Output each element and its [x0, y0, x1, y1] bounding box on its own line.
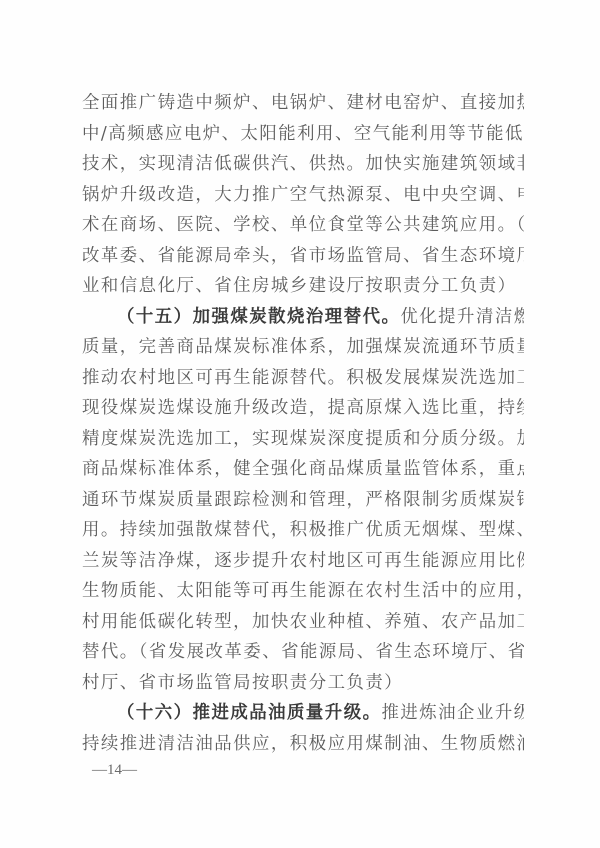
text-line: 商品煤标准体系，健全强化商品煤质量监管体系，重点加强流 [82, 454, 524, 485]
text-line: 推动农村地区可再生能源替代。积极发展煤炭洗选加工，加快 [82, 363, 524, 394]
text-line: 中/高频感应电炉、太阳能利用、空气能利用等节能低碳设备及 [82, 119, 524, 150]
text-line: 技术，实现清洁低碳供汽、供热。加快实施建筑领域非电热水 [82, 149, 524, 180]
section-heading-16: （十六）推进成品油质量升级。 [117, 703, 381, 723]
text-line: 持续推进清洁油品供应，积极应用煤制油、生物质燃油替代成 [82, 729, 524, 760]
text-line: 用。持续加强散煤替代，积极推广优质无烟煤、型煤、水煤浆、 [82, 515, 524, 546]
text-line: 村厅、省市场监管局按职责分工负责） [82, 668, 524, 699]
text-run: 优化提升清洁燃煤供应 [400, 307, 524, 327]
text-line: 生物质能、太阳能等可再生能源在农村生活中的应用，推进农 [82, 576, 524, 607]
text-line: 全面推广铸造中频炉、电锅炉、建材电窑炉、直接加热电阻炉、 [82, 88, 524, 119]
text-line: 现役煤炭选煤设施升级改造，提高原煤入选比重，持续推进高 [82, 393, 524, 424]
document-body: 全面推广铸造中频炉、电锅炉、建材电窑炉、直接加热电阻炉、 中/高频感应电炉、太阳… [82, 88, 524, 759]
text-run: 推进炼油企业升级改造， [381, 703, 524, 723]
text-line: 术在商场、医院、学校、单位食堂等公共建筑应用。（省发展 [82, 210, 524, 241]
paragraph-continuation: 全面推广铸造中频炉、电锅炉、建材电窑炉、直接加热电阻炉、 中/高频感应电炉、太阳… [82, 88, 524, 302]
text-line-first: （十六）推进成品油质量升级。推进炼油企业升级改造， [82, 698, 524, 729]
text-line-first: （十五）加强煤炭散烧治理替代。优化提升清洁燃煤供应 [82, 302, 524, 333]
text-line: 锅炉升级改造，大力推广空气热源泵、电中央空调、电厨炊技 [82, 180, 524, 211]
text-line: 兰炭等洁净煤，逐步提升农村地区可再生能源应用比例，加快 [82, 546, 524, 577]
text-line: 改革委、省能源局牵头，省市场监管局、省生态环境厅、省工 [82, 241, 524, 272]
text-line: 替代。（省发展改革委、省能源局、省生态环境厅、省农业农 [82, 637, 524, 668]
paragraph-section-15: （十五）加强煤炭散烧治理替代。优化提升清洁燃煤供应 质量，完善商品煤炭标准体系，… [82, 302, 524, 699]
paragraph-section-16: （十六）推进成品油质量升级。推进炼油企业升级改造， 持续推进清洁油品供应，积极应… [82, 698, 524, 759]
page-number: —14— [92, 762, 137, 779]
text-line: 村用能低碳化转型，加快农业种植、养殖、农产品加工等散煤 [82, 607, 524, 638]
text-line: 质量，完善商品煤炭标准体系，加强煤炭流通环节质量监管， [82, 332, 524, 363]
document-page: 全面推广铸造中频炉、电锅炉、建材电窑炉、直接加热电阻炉、 中/高频感应电炉、太阳… [0, 0, 600, 848]
text-line: 精度煤炭洗选加工，实现煤炭深度提质和分质分级。加快完善 [82, 424, 524, 455]
text-line: 业和信息化厅、省住房城乡建设厅按职责分工负责） [82, 271, 524, 302]
text-line: 通环节煤炭质量跟踪检测和管理，严格限制劣质煤炭销售和使 [82, 485, 524, 516]
section-heading-15: （十五）加强煤炭散烧治理替代。 [117, 307, 400, 327]
